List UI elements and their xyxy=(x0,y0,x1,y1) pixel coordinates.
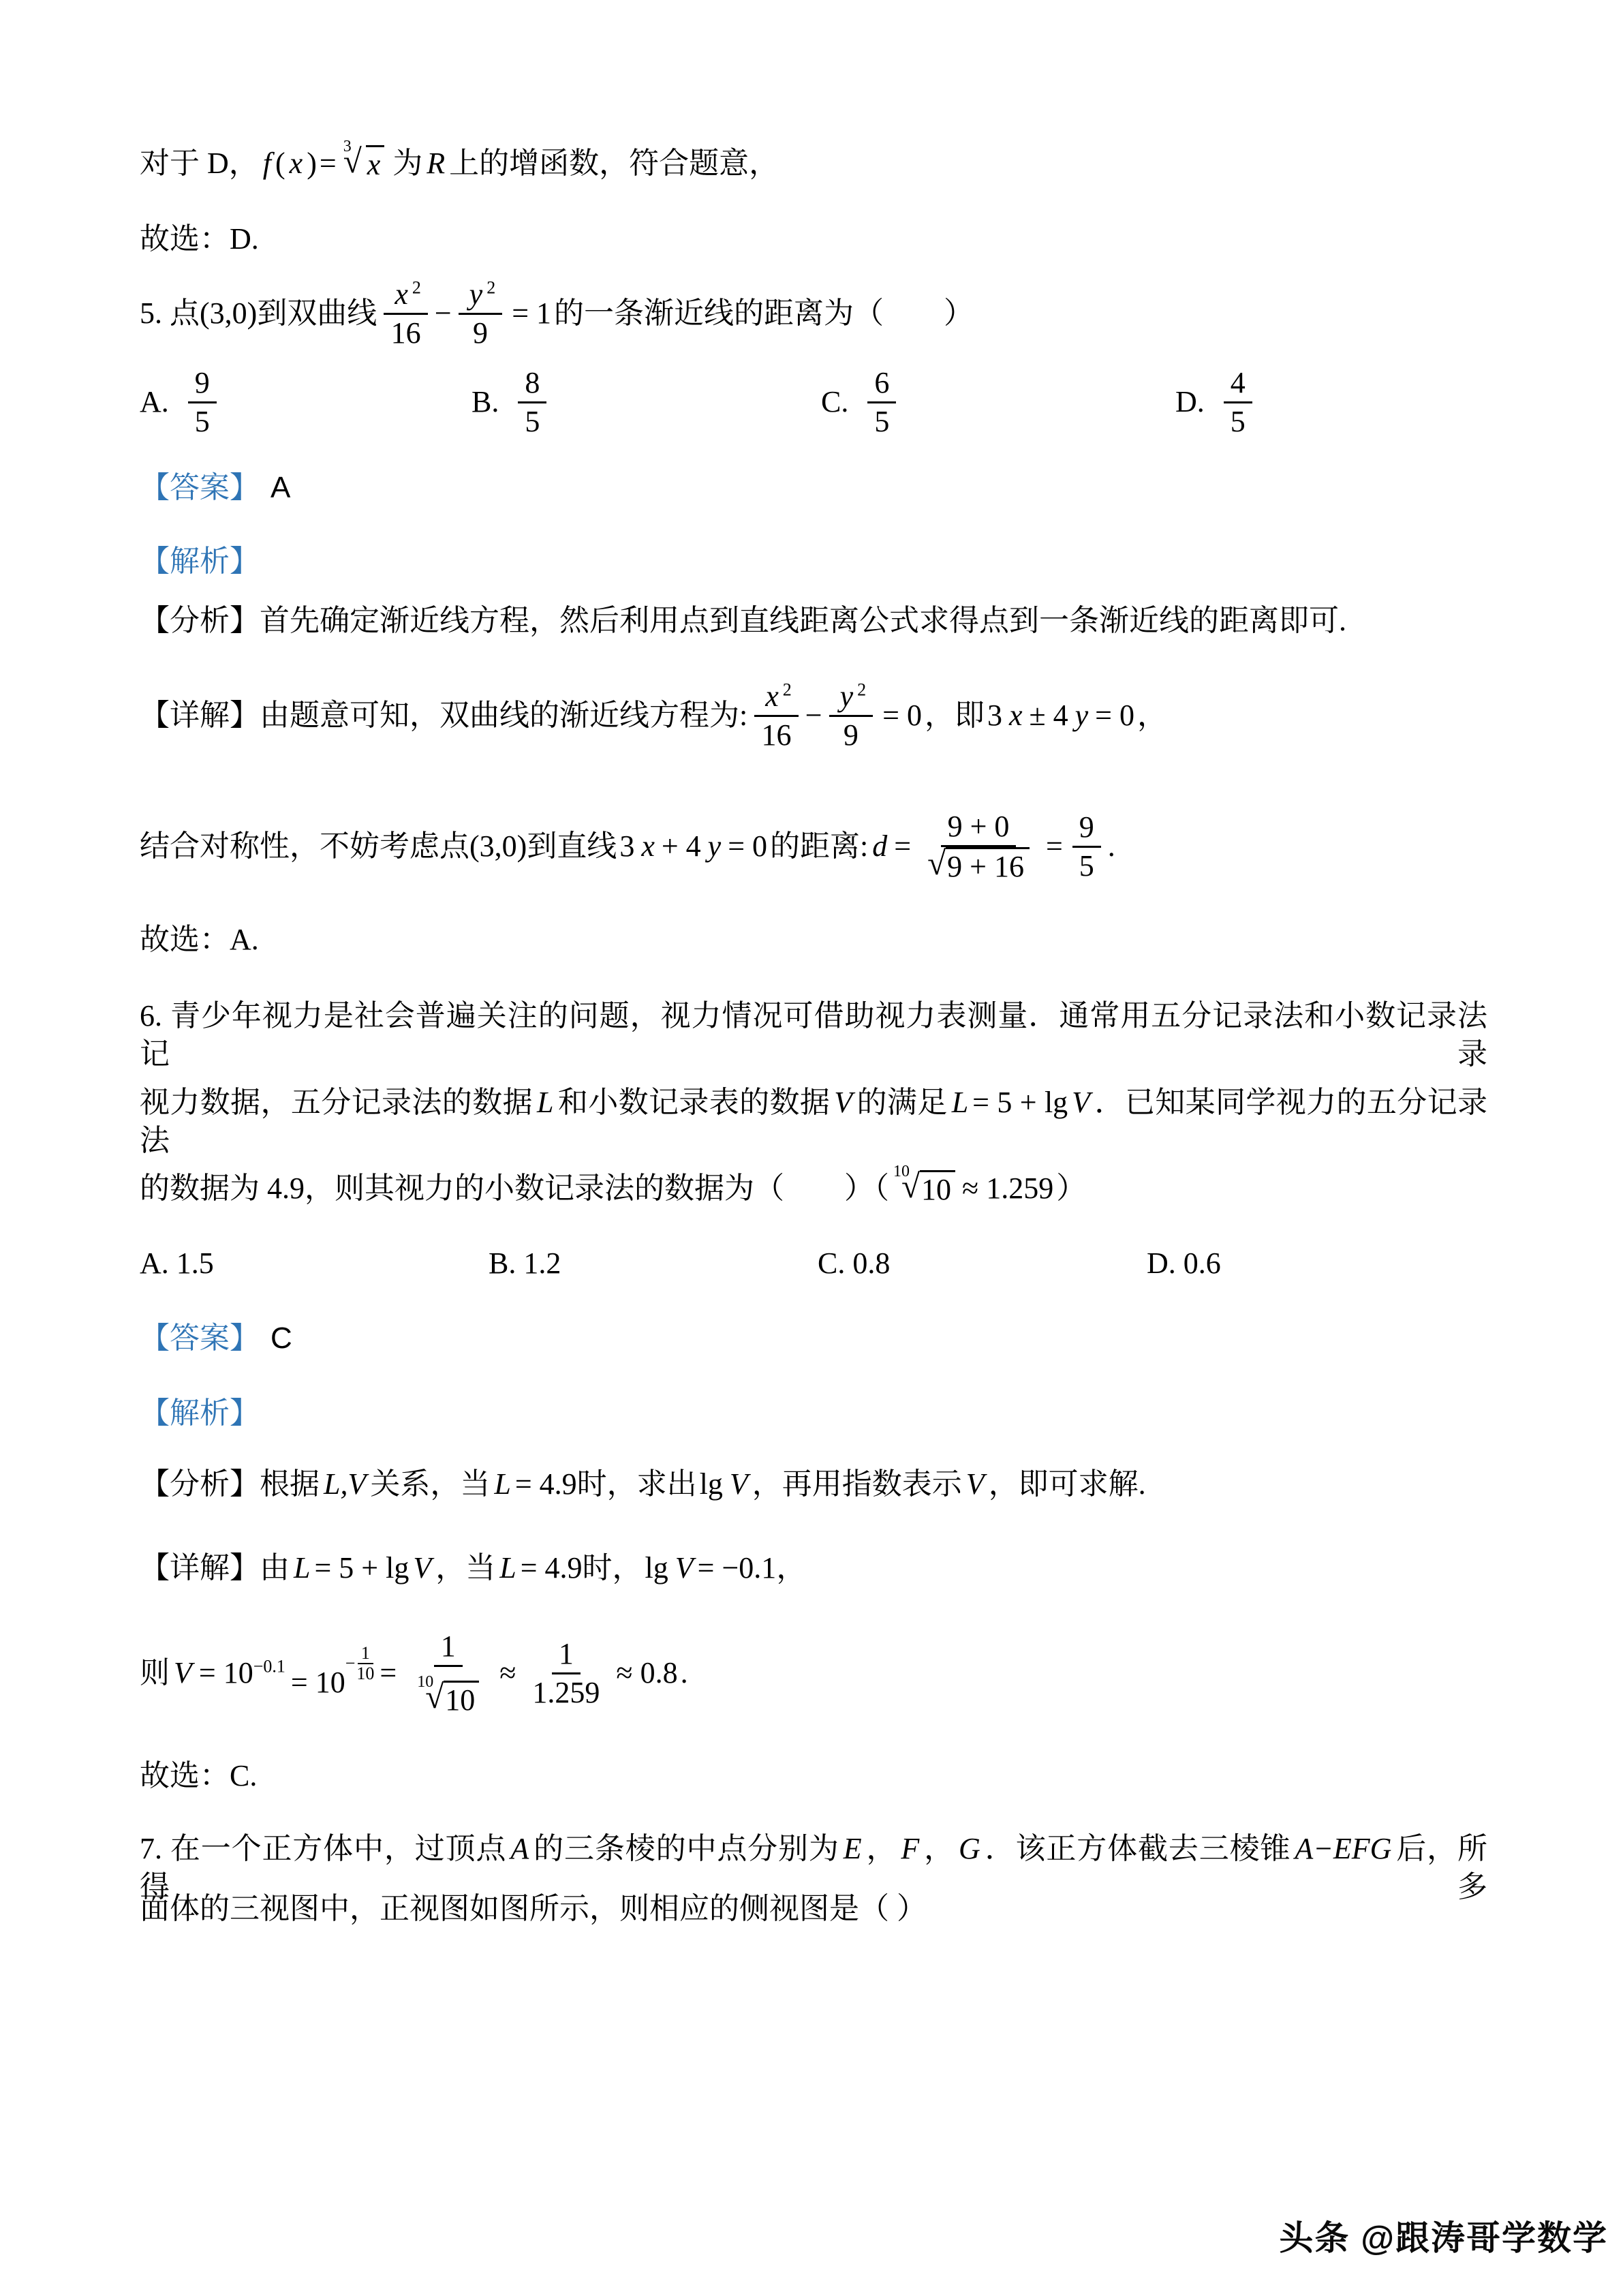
q4-case-d-line: 对于 D， f(x) = 3√x 为 R 上的增函数，符合题意， xyxy=(140,138,779,189)
q5-option-a: A.95 xyxy=(140,365,223,440)
jiexi-label: 【解析】 xyxy=(140,1396,260,1430)
var-V: V xyxy=(675,1551,694,1585)
root-index: 3 xyxy=(343,138,352,155)
text-run: 关系，当 xyxy=(370,1467,490,1501)
period: . xyxy=(1108,827,1115,866)
text-run: 上的增函数，符合题意， xyxy=(449,144,779,183)
var-V: V xyxy=(1072,1086,1090,1119)
text-run: 则 xyxy=(140,1654,170,1692)
minus-sign: − xyxy=(435,294,452,333)
q6-option-c: C. 0.8 xyxy=(818,1244,890,1283)
text-run: 时，求出 xyxy=(577,1467,697,1501)
var-V: V xyxy=(966,1467,985,1501)
answer-letter: A xyxy=(270,471,290,504)
q6-v-formula-line: 则 V = 10−0.1 = 10−110 = 110√10 ≈ 11.259 … xyxy=(140,1619,688,1728)
denominator: 9 xyxy=(466,315,495,350)
option-label: C. xyxy=(821,383,848,421)
denominator: 16 xyxy=(755,717,799,752)
text-run: ，即 xyxy=(925,697,985,735)
exponent: 2 xyxy=(783,680,792,700)
text-run: ，再用指数表示 xyxy=(752,1467,962,1501)
denominator: 16 xyxy=(384,315,428,350)
q6-jiexi-line: 【解析】 xyxy=(140,1394,260,1433)
fraction-y2-9: y29 xyxy=(459,277,503,350)
var-d: d xyxy=(872,827,887,866)
root-radicand: 9 + 16 xyxy=(946,847,1030,883)
var-L: L xyxy=(294,1551,310,1585)
var-x: x xyxy=(395,277,408,311)
text-run: 5. 点 xyxy=(140,294,200,333)
answer-label: 【答案】 xyxy=(140,1321,260,1355)
text-run: 故选：C. xyxy=(140,1759,257,1792)
equals-zero: = 0 xyxy=(728,827,767,866)
var-AEFG: A−EFG xyxy=(1295,1832,1391,1865)
exponent: 2 xyxy=(412,278,421,298)
fraction-x2-16: x216 xyxy=(754,679,799,752)
equals-one: = 1 xyxy=(512,294,551,333)
plus-minus: ± 4 xyxy=(1029,697,1068,735)
var-A: A xyxy=(510,1832,529,1865)
equals-sign: = xyxy=(894,827,911,866)
var-x: x xyxy=(290,144,303,183)
var-y: y xyxy=(469,277,483,311)
text-run: 的一条渐近线的距离为（ ） xyxy=(554,294,974,333)
q6-answer-line: 【答案】C xyxy=(140,1319,292,1358)
text-run: 【详解】由题意可知，双曲线的渐近线方程为: xyxy=(140,697,747,735)
text-run: ，当 xyxy=(435,1551,495,1585)
text-run: 面体的三视图中，正视图如图所示，则相应的侧视图是（ ） xyxy=(140,1892,927,1925)
text-run: 为 xyxy=(392,144,422,183)
formula-run: = 4.9 xyxy=(521,1551,583,1585)
var-f: f xyxy=(263,144,271,183)
q6-xiangjie-line: 【详解】由L= 5 + lgV，当L= 4.9时，lgV= −0.1， xyxy=(140,1549,806,1587)
root-index: 10 xyxy=(893,1163,910,1180)
var-x: x xyxy=(765,679,779,713)
denominator: 9 xyxy=(837,717,865,752)
comma: ， xyxy=(866,1832,897,1865)
q5-jiexi-line: 【解析】 xyxy=(140,542,260,581)
root-index: 10 xyxy=(417,1674,433,1690)
var-E: E xyxy=(844,1832,862,1865)
formula-run: = 5 + lg xyxy=(314,1551,409,1585)
text-run: ，即可求解. xyxy=(989,1467,1146,1501)
option-label: D. xyxy=(1175,383,1205,421)
paren: ) xyxy=(307,144,317,183)
equals-sign: = xyxy=(1046,827,1063,866)
q7-stem-line2: 面体的三视图中，正视图如图所示，则相应的侧视图是（ ） xyxy=(140,1890,927,1928)
formula-run: = 4.9 xyxy=(515,1467,577,1501)
var-V: V xyxy=(834,1086,852,1119)
q5-option-d: D.45 xyxy=(1175,365,1259,440)
q4-conclusion-line: 故选：D. xyxy=(140,220,259,258)
equals-zero: = 0 xyxy=(882,697,922,735)
period: . xyxy=(681,1654,688,1692)
q6-stem-line2: 视力数据，五分记录法的数据L和小数记录表的数据V的满足L= 5 + lgV．已知… xyxy=(140,1084,1487,1160)
var-R: R xyxy=(427,144,445,183)
var-y: y xyxy=(840,679,854,713)
paren: ( xyxy=(275,144,285,183)
base-ten: = 10 xyxy=(199,1656,253,1689)
cube-root: 3√x xyxy=(343,145,389,181)
exponent: 2 xyxy=(486,278,495,298)
coefficient: 3 xyxy=(987,697,1002,735)
base-ten: = 10 xyxy=(291,1666,345,1699)
q6-option-b: B. 1.2 xyxy=(489,1244,561,1283)
q5-stem-line: 5. 点 (3,0) 到双曲线 x216 − y29 = 1 的一条渐近线的距离… xyxy=(140,276,974,351)
radical-icon: √ xyxy=(927,846,946,880)
var-y: y xyxy=(1075,697,1089,735)
root-radicand: 10 xyxy=(920,1170,955,1206)
formula-run: = −0.1 xyxy=(698,1551,777,1585)
result-fraction: 95 xyxy=(1072,810,1101,883)
equals-zero: = 0 xyxy=(1095,697,1134,735)
var-y: y xyxy=(708,827,722,866)
exponent: −0.1 xyxy=(253,1656,285,1676)
option-fraction: 45 xyxy=(1224,366,1252,438)
var-V: V xyxy=(730,1467,748,1501)
var-F: F xyxy=(901,1832,919,1865)
text-run: 【详解】由 xyxy=(140,1551,290,1585)
text-run: 对于 D， xyxy=(140,144,259,183)
var-L: L xyxy=(537,1086,553,1119)
root-fraction: 110√10 xyxy=(406,1629,490,1717)
exam-solution-page: 对于 D， f(x) = 3√x 为 R 上的增函数，符合题意， 故选：D. 5… xyxy=(0,0,1623,2296)
q5-distance-line: 结合对称性，不妨考虑点 (3,0) 到直线 3x+ 4y= 0 的距离: d =… xyxy=(140,799,1115,894)
text-run: 时， xyxy=(583,1551,643,1585)
text-run: 的距离: xyxy=(770,827,868,866)
q6-option-a: A. 1.5 xyxy=(140,1244,214,1283)
q6-conclusion-line: 故选：C. xyxy=(140,1757,257,1795)
plus-sign: + 4 xyxy=(662,827,701,866)
q6-stem-line1: 6. 青少年视力是社会普遍关注的问题，视力情况可借助视力表测量．通常用五分记录法… xyxy=(140,997,1487,1073)
coefficient: 3 xyxy=(619,827,634,866)
power-term: = 10−0.1 xyxy=(199,1654,285,1692)
text-run: 7. 在一个正方体中，过顶点 xyxy=(140,1832,506,1865)
q6-fenxi-line: 【分析】根据L,V关系，当L= 4.9时，求出lgV，再用指数表示V，即可求解. xyxy=(140,1465,1146,1503)
q5-conclusion-line: 故选：A. xyxy=(140,921,259,959)
tenth-root: 10√10 xyxy=(417,1681,479,1717)
text-run: 的数据为 4.9，则其视力的小数记录法的数据为（ ）（ xyxy=(140,1169,889,1208)
q6-options-row: A. 1.5 B. 1.2 C. 0.8 D. 0.6 xyxy=(140,1244,1487,1283)
text-run: 故选：D. xyxy=(140,222,259,256)
approx-sign: ≈ xyxy=(499,1654,516,1692)
numerator: 9 + 0 xyxy=(941,810,1017,846)
q6-option-d: D. 0.6 xyxy=(1147,1244,1221,1283)
text-run: 的满足 xyxy=(856,1086,948,1119)
text-run: 和小数记录表的数据 xyxy=(557,1086,830,1119)
q5-xiangjie-line: 【详解】由题意可知，双曲线的渐近线方程为: x216 − y29 = 0 ，即 … xyxy=(140,678,1167,753)
var-L: L xyxy=(494,1467,510,1501)
text-run: 6. 青少年视力是社会普遍关注的问题，视力情况可借助视力表测量．通常用五分记录法… xyxy=(140,999,1487,1071)
fraction-y2-9: y29 xyxy=(829,679,874,752)
root-radicand: 10 xyxy=(444,1681,479,1717)
option-fraction: 65 xyxy=(867,366,896,438)
q5-option-b: B.85 xyxy=(472,365,553,440)
square-root: √9 + 16 xyxy=(927,847,1030,883)
q5-option-c: C.65 xyxy=(821,365,903,440)
text-run: 的三条棱的中点分别为 xyxy=(533,1832,839,1865)
var-LV: L,V xyxy=(324,1467,366,1501)
decimal-fraction: 11.259 xyxy=(525,1637,606,1709)
point-coords: (3,0) xyxy=(200,294,257,333)
lg-symbol: lg xyxy=(645,1549,668,1587)
text-run: 到直线 xyxy=(527,827,617,866)
option-fraction: 95 xyxy=(188,366,217,438)
text-run: 到双曲线 xyxy=(257,294,377,333)
option-fraction: 85 xyxy=(518,366,546,438)
text-run: 视力数据，五分记录法的数据 xyxy=(140,1086,533,1119)
approx-value: ≈ 1.259 xyxy=(962,1169,1053,1208)
var-G: G xyxy=(959,1832,980,1865)
distance-fraction: 9 + 0√9 + 16 xyxy=(921,810,1036,883)
minus-sign: − xyxy=(345,1655,356,1672)
option-label: A. xyxy=(140,383,169,421)
comma: ， xyxy=(923,1832,955,1865)
q5-answer-line: 【答案】A xyxy=(140,469,290,507)
q5-options-row: A.95 B.85 C.65 D.45 xyxy=(140,365,1487,440)
exponent: 2 xyxy=(857,680,866,700)
jiexi-label: 【解析】 xyxy=(140,545,260,578)
option-label: B. xyxy=(472,383,499,421)
answer-label: 【答案】 xyxy=(140,471,260,504)
formula-run: = 5 + lg xyxy=(972,1086,1068,1119)
var-x: x xyxy=(641,827,655,866)
text-run: 结合对称性，不妨考虑点 xyxy=(140,827,469,866)
point-coords: (3,0) xyxy=(469,827,527,866)
text-run: 故选：A. xyxy=(140,923,259,956)
exponent-fraction: −110 xyxy=(345,1644,375,1683)
comma: ， xyxy=(1137,697,1167,735)
watermark: 头条 @跟涛哥学数学 xyxy=(1279,2211,1608,2260)
q6-stem-line3: 的数据为 4.9，则其视力的小数记录法的数据为（ ）（ 10√10 ≈ 1.25… xyxy=(140,1161,1086,1216)
text-run: 【分析】首先确定渐近线方程，然后利用点到直线距离公式求得点到一条渐近线的距离即可… xyxy=(140,604,1346,637)
q5-fenxi-line: 【分析】首先确定渐近线方程，然后利用点到直线距离公式求得点到一条渐近线的距离即可… xyxy=(140,602,1346,640)
answer-letter: C xyxy=(270,1321,292,1355)
text-run: ．该正方体截去三棱锥 xyxy=(985,1832,1291,1865)
equals-sign: = xyxy=(320,144,337,183)
var-x: x xyxy=(1009,697,1023,735)
var-V: V xyxy=(174,1654,192,1692)
equals-sign: = xyxy=(380,1654,397,1692)
var-L: L xyxy=(499,1551,516,1585)
var-L: L xyxy=(952,1086,968,1119)
power-term: = 10−110 xyxy=(291,1644,375,1702)
lg-symbol: lg xyxy=(700,1465,723,1503)
tenth-root: 10√10 xyxy=(893,1170,955,1206)
text-run: 【分析】根据 xyxy=(140,1467,320,1501)
var-V: V xyxy=(413,1551,431,1585)
minus-sign: − xyxy=(805,697,822,735)
root-radicand: x xyxy=(366,145,385,181)
paren: ） xyxy=(1056,1169,1086,1208)
fraction-x2-16: x216 xyxy=(384,277,428,350)
comma: ， xyxy=(776,1551,806,1585)
approx-result: ≈ 0.8 xyxy=(616,1654,677,1692)
